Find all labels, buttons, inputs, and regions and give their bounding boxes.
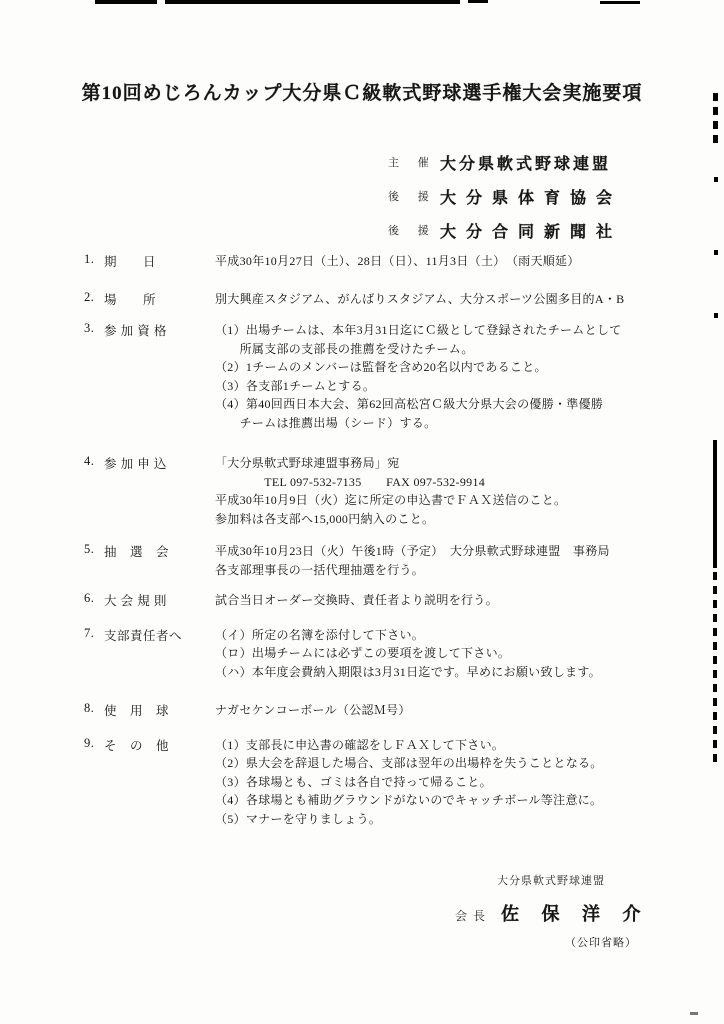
section-line: 参加料は各支部へ15,000円納入のこと。 (215, 510, 684, 529)
section-label: 期 日 (104, 252, 156, 270)
section-venue: 2. 場 所 別大興産スタジアム、がんばりスタジアム、大分スポーツ公園多目的A・… (84, 290, 684, 309)
signature-seal-note: （公印省略） (565, 934, 695, 950)
organizer-block: 主 催 大分県軟式野球連盟 後 援 大 分 県 体 育 協 会 後 援 大 分 … (388, 152, 615, 254)
section-line: チームは推薦出場（シード）する。 (215, 414, 684, 433)
section-number: 3. (84, 321, 104, 339)
section-line: （5）マナーを守りましょう。 (215, 810, 684, 829)
organizer-role: 後 援 (388, 222, 440, 238)
section-line: （3）各支部1チームとする。 (215, 377, 684, 396)
section-number: 8. (84, 701, 104, 719)
section-label: 参 加 資 格 (104, 321, 167, 339)
signature-block: 大分県軟式野球連盟 会長 佐 保 洋 介 （公印省略） (455, 872, 695, 950)
section-line: 平成30年10月9日（火）迄に所定の申込書でＦＡＸ送信のこと。 (215, 491, 684, 510)
section-line: （2）1チームのメンバーは監督を含め20名以内であること。 (215, 358, 684, 377)
section-line: （4）各球場とも補助グラウンドがないのでキャッチボール等注意に。 (215, 791, 684, 810)
section-line: 別大興産スタジアム、がんばりスタジアム、大分スポーツ公園多目的A・B (215, 290, 684, 309)
section-line: （ハ）本年度会費納入期限は3月31日迄です。早めにお願い致します。 (215, 663, 684, 682)
organizer-row: 主 催 大分県軟式野球連盟 (388, 152, 615, 172)
section-line: （2）県大会を辞退した場合、支部は翌年の出場枠を失うこととなる。 (215, 754, 684, 773)
section-line: ナガセケンコーボール（公認Ｍ号） (215, 701, 684, 720)
section-label: 参 加 申 込 (104, 454, 167, 472)
scan-artifact-bottom-dot (690, 1012, 698, 1015)
organizer-role: 後 援 (388, 188, 440, 204)
section-line-tel-fax: TEL 097-532-7135 FAX 097-532-9914 (215, 473, 684, 492)
section-number: 5. (84, 542, 104, 560)
section-number: 9. (84, 736, 104, 754)
section-line: 各支部理事長の一括代理抽選を行う。 (215, 561, 684, 580)
section-number: 2. (84, 290, 104, 308)
scan-artifact-right-dot (714, 313, 718, 318)
section-number: 6. (84, 591, 104, 609)
organizer-name: 大 分 合 同 新 聞 社 (440, 219, 615, 242)
section-lottery: 5. 抽 選 会 平成30年10月23日（火）午後1時（予定） 大分県軟式野球連… (84, 542, 684, 579)
section-number: 4. (84, 454, 104, 472)
signature-name: 佐 保 洋 介 (501, 900, 650, 926)
organizer-name: 大 分 県 体 育 協 会 (440, 185, 615, 208)
section-label: 場 所 (104, 290, 156, 308)
organizer-role: 主 催 (388, 154, 440, 170)
section-other: 9. そ の 他 （1）支部長に申込書の確認をしＦＡＸして下さい。 （2）県大会… (84, 736, 684, 829)
section-eligibility: 3. 参 加 資 格 （1）出場チームは、本年3月31日迄にＣ級として登録された… (84, 321, 684, 432)
organizer-name: 大分県軟式野球連盟 (440, 151, 611, 174)
section-line: 「大分県軟式野球連盟事務局」宛 (215, 454, 684, 473)
scan-artifact-top-line (468, 0, 488, 3)
scan-artifact-right-dot (714, 250, 718, 255)
section-line: 所属支部の支部長の推薦を受けたチーム。 (215, 340, 684, 359)
section-line: （1）支部長に申込書の確認をしＦＡＸして下さい。 (215, 736, 684, 755)
section-line: 平成30年10月27日（土）、28日（日）、11月3日（土） （雨天順延） (215, 252, 684, 271)
scan-artifact-right-dot (714, 177, 718, 182)
organizer-row: 後 援 大 分 合 同 新 聞 社 (388, 220, 615, 240)
section-rules: 6. 大 会 規 則 試合当日オーダー交換時、責任者より説明を行う。 (84, 591, 684, 610)
scan-artifact-top-line (600, 1, 640, 4)
section-line: （1）出場チームは、本年3月31日迄にＣ級として登録されたチームとして (215, 321, 684, 340)
page-title: 第10回めじろんカップ大分県Ｃ級軟式野球選手権大会実施要項 (0, 78, 724, 105)
section-list: 1. 期 日 平成30年10月27日（土）、28日（日）、11月3日（土） （雨… (84, 252, 684, 828)
signature-org: 大分県軟式野球連盟 (497, 872, 695, 888)
section-label: 使 用 球 (104, 701, 169, 719)
section-ball: 8. 使 用 球 ナガセケンコーボール（公認Ｍ号） (84, 701, 684, 720)
section-line: 平成30年10月23日（火）午後1時（予定） 大分県軟式野球連盟 事務局 (215, 542, 684, 561)
scan-artifact-right-line (713, 440, 717, 568)
section-label: 大 会 規 則 (104, 591, 167, 609)
section-line: （4）第40回西日本大会、第62回高松宮Ｃ級大分県大会の優勝・準優勝 (215, 395, 684, 414)
section-line: 試合当日オーダー交換時、責任者より説明を行う。 (215, 591, 684, 610)
section-label: 抽 選 会 (104, 542, 169, 560)
scanned-document-page: 第10回めじろんカップ大分県Ｃ級軟式野球選手権大会実施要項 主 催 大分県軟式野… (0, 0, 724, 1024)
scan-artifact-right-dashes (713, 572, 717, 764)
section-date: 1. 期 日 平成30年10月27日（土）、28日（日）、11月3日（土） （雨… (84, 252, 684, 271)
section-line: （ロ）出場チームには必ずこの要項を渡して下さい。 (215, 644, 684, 663)
section-line: （3）各球場とも、ゴミは各自で持って帰ること。 (215, 773, 684, 792)
signature-title: 会長 (455, 907, 491, 924)
section-label: そ の 他 (104, 736, 169, 754)
section-application: 4. 参 加 申 込 「大分県軟式野球連盟事務局」宛 TEL 097-532-7… (84, 454, 684, 528)
scan-artifact-top-line (95, 0, 157, 4)
section-branch-managers: 7. 支部責任者へ （イ）所定の名簿を添付して下さい。 （ロ）出場チームには必ず… (84, 626, 684, 682)
organizer-row: 後 援 大 分 県 体 育 協 会 (388, 186, 615, 206)
section-line: （イ）所定の名簿を添付して下さい。 (215, 626, 684, 645)
section-number: 1. (84, 252, 104, 270)
scan-artifact-top-line (165, 0, 460, 4)
section-label: 支部責任者へ (104, 626, 182, 644)
section-number: 7. (84, 626, 104, 644)
